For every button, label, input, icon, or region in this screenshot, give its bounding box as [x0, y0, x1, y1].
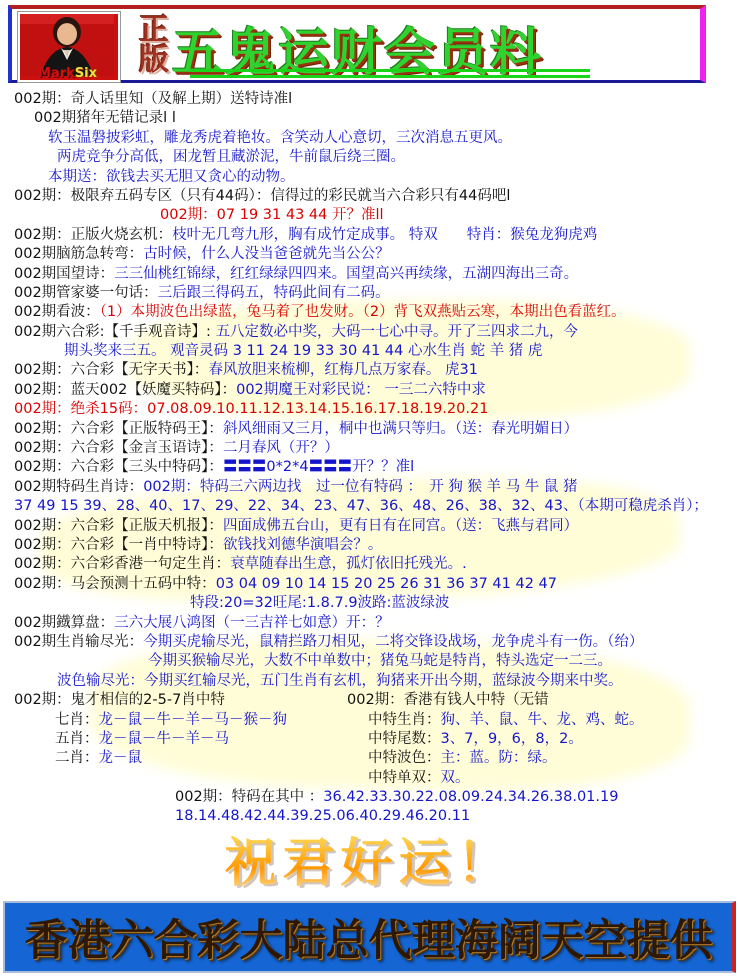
text-segment: 36.42.33.30.22.08.09.24.34.26.38.01.19: [323, 789, 618, 805]
text-segment: 三后跟三得码五，特码此间有二码。: [158, 285, 390, 301]
right-column: 中特生肖：狗、羊、鼠、牛、龙、鸡、蛇。: [368, 711, 644, 730]
text-segment: 002期：绝杀15码：07.08.09.10.11.12.13.14.15.16…: [14, 401, 488, 417]
text-line: 本期送：欲钱去买无胆又贪心的动物。: [0, 168, 739, 187]
text-segment: 波色输尽光：今期买红输尽光，五门生肖有玄机，狗猪来开出今期，蓝绿波今期来中奖。: [57, 673, 623, 689]
text-segment: 002期魔王对彩民说： 一三二六特中求: [236, 382, 486, 398]
text-segment: 3、7，9，6，8，2。: [441, 731, 583, 747]
text-line: 中特单双：双。: [0, 769, 739, 788]
text-segment: 18.14.48.42.44.39.25.06.40.29.46.20.11: [175, 808, 470, 824]
text-segment: 002期六合彩:【千手观音诗】:: [14, 324, 216, 340]
text-segment: 三六大展八鸿图（一三吉祥七如意）开：？: [114, 615, 390, 631]
marksix-caption: MarkSix: [38, 67, 97, 80]
right-column: 中特单双：双。: [368, 769, 470, 788]
text-segment: 002期脑筋急转弯：: [14, 246, 143, 262]
text-segment: 002期：极限弃五码专区（只有44码）：信得过的彩民就当六合彩只有44码吧l: [14, 188, 510, 204]
text-segment: 今期买虎输尽光，鼠精拦路刀相见，二将交锋设战场，龙争虎斗有一伤。（绐）: [143, 634, 643, 650]
text-segment: 002期：六合彩【三头中特码】：: [14, 459, 223, 475]
text-segment: 002期：马会预测十五码中特：: [14, 576, 216, 592]
text-segment: 002期鐡算盘：: [14, 615, 114, 631]
text-line: 002期特码生肖诗：002期：特码三六两边找 过一位有特码 ： 开 狗 猴 羊 …: [0, 478, 739, 497]
text-segment: 002期：07 19 31 43 44 开？准ll: [160, 207, 384, 223]
text-segment: 002期：六合彩【金言玉语诗】：: [14, 440, 223, 456]
text-segment: 03 04 09 10 14 15 20 25 26 31 36 37 41 4…: [216, 576, 557, 592]
header: MarkSix 正版 五鬼运财会员料: [8, 5, 706, 83]
text-line: 002期：六合彩【金言玉语诗】：二月春风（开？）: [0, 439, 739, 458]
text-line: 七肖：龙－鼠－牛－羊－马－猴－狗中特生肖：狗、羊、鼠、牛、龙、鸡、蛇。: [0, 711, 739, 730]
text-line: 002期鐡算盘：三六大展八鸿图（一三吉祥七如意）开：？: [0, 614, 739, 633]
text-segment: 软玉温磐披彩虹，雕龙秀虎着艳妆。含笑动人心意切，三次消息五更风。: [48, 130, 512, 146]
text-segment: 002期：特码三六两边找 过一位有特码 ： 开 狗 猴 羊 马 牛 鼠 猪: [143, 479, 577, 495]
text-segment: 双。: [441, 770, 470, 786]
text-segment: 002期生肖输尽光：: [14, 634, 143, 650]
text-segment: 龙－鼠: [99, 750, 143, 766]
title-underline: [190, 69, 590, 81]
text-segment: 002期：特码在其中 ：: [175, 789, 323, 805]
text-segment: 龙－鼠－牛－羊－马: [99, 731, 230, 747]
text-segment: 三三仙桃红锦绿，红红绿绿四四来。国望高兴再续缘，五湖四海出三奇。: [114, 266, 578, 282]
text-segment: 002期：鬼才相信的2-5-7肖中特: [14, 692, 225, 708]
text-segment: 002期管家婆一句话：: [14, 285, 158, 301]
text-segment: 枝叶无几弯九形，胸有成竹定成事。 特双 特肖：猴兔龙狗虎鸡: [172, 227, 597, 243]
text-line: 002期：六合彩【一肖中特诗】：欲钱找刘德华演唱会？。: [0, 536, 739, 555]
text-line: 002期看波：（1）本期波色出绿蓝，兔马着了也发财。（2）背飞双燕贴云寒，本期出…: [0, 303, 739, 322]
text-segment: 两虎竞争分高低，困龙暂且藏淤泥，牛前鼠后绕三圈。: [57, 149, 405, 165]
text-segment: 期头奖来三五。 观音灵码 3 11 24 19 33 30 41 44 心水生肖…: [64, 343, 542, 359]
text-segment: 002期：奇人话里知（及解上期）送特诗准l: [14, 91, 292, 107]
text-segment: 37 49 15 39、28、40、17、29、22、34、23、47、36、4…: [14, 498, 708, 514]
right-column: 002期：香港有钱人中特（无错: [347, 691, 549, 710]
text-segment: 斜风细雨又三月，桐中也满只等归。（送：春光明媚日）: [223, 421, 578, 437]
text-line: 002期：特码在其中 ：36.42.33.30.22.08.09.24.34.2…: [0, 788, 739, 807]
text-segment: 古时候，什么人没当爸爸就先当公公？: [143, 246, 390, 262]
right-column: 中特尾数：3、7，9，6，8，2。: [368, 730, 583, 749]
text-line: 两虎竞争分高低，困龙暂且藏淤泥，牛前鼠后绕三圈。: [0, 148, 739, 167]
edition-label: 正版: [124, 13, 166, 73]
text-segment: 002期：六合彩【正版天机报】：: [14, 518, 223, 534]
text-segment: 龙－鼠－牛－羊－马－猴－狗: [99, 712, 288, 728]
text-line: 002期：六合彩【正版特码王】：斜风细雨又三月，桐中也满只等归。（送：春光明媚日…: [0, 420, 739, 439]
text-segment: 五八定数必中奖，大码一七心中寻。开了三四求二九，今: [216, 324, 579, 340]
text-segment: 中特单双：: [368, 770, 441, 786]
caption-six: Six: [75, 66, 97, 81]
text-segment: 今期买猴输尽光，大数不中单数中；猪兔马蛇是特肖，特头选定一二三。: [148, 653, 612, 669]
text-line: 002期：马会预测十五码中特：03 04 09 10 14 15 20 25 2…: [0, 575, 739, 594]
text-segment: 002期：蓝天002【妖魔买特码】：: [14, 382, 236, 398]
text-segment: 002期：正版火烧玄机：: [14, 227, 172, 243]
caption-mark: Mark: [38, 66, 75, 81]
text-line: 002期：六合彩香港一句定生肖：衰草随春出生意，孤灯依旧托残光。.: [0, 555, 739, 574]
text-line: 18.14.48.42.44.39.25.06.40.29.46.20.11: [0, 807, 739, 826]
text-line: 002期：鬼才相信的2-5-7肖中特002期：香港有钱人中特（无错: [0, 691, 739, 710]
text-segment: 002期猪年无错记录l l: [34, 110, 176, 126]
text-line: 二肖：龙－鼠中特波色：主：蓝。防：绿。: [0, 749, 739, 768]
text-segment: 春风放胆来梳柳，红梅几点万家春。 虎31: [208, 362, 478, 378]
text-line: 软玉温磐披彩虹，雕龙秀虎着艳妆。含笑动人心意切，三次消息五更风。: [0, 129, 739, 148]
text-line: 002期猪年无错记录l l: [0, 109, 739, 128]
text-segment: 狗、羊、鼠、牛、龙、鸡、蛇。: [441, 712, 644, 728]
text-segment: 002期国望诗：: [14, 266, 114, 282]
text-segment: 002期：六合彩【正版特码王】：: [14, 421, 223, 437]
text-line: 002期六合彩:【千手观音诗】: 五八定数必中奖，大码一七心中寻。开了三四求二九…: [0, 323, 739, 342]
text-segment: 〓〓〓0*2*4〓〓〓开？？准l: [223, 459, 414, 475]
text-segment: 二肖：: [55, 750, 99, 766]
tipster-photo: MarkSix: [18, 12, 120, 82]
text-segment: 衰草随春出生意，孤灯依旧托残光。.: [230, 556, 467, 572]
text-line: 002期脑筋急转弯：古时候，什么人没当爸爸就先当公公？: [0, 245, 739, 264]
text-segment: 002期：六合彩香港一句定生肖：: [14, 556, 230, 572]
text-segment: 特段:20=32旺尾:1.8.7.9波路:蓝波绿波: [190, 595, 449, 611]
text-segment: 002期看波：: [14, 304, 100, 320]
text-segment: 七肖：: [55, 712, 99, 728]
lottery-tip-sheet: MarkSix 正版 五鬼运财会员料 002期：奇人话里知（及解上期）送特诗准l…: [0, 0, 739, 979]
text-line: 002期：正版火烧玄机：枝叶无几弯九形，胸有成竹定成事。 特双 特肖：猴兔龙狗虎…: [0, 226, 739, 245]
text-line: 期头奖来三五。 观音灵码 3 11 24 19 33 30 41 44 心水生肖…: [0, 342, 739, 361]
text-segment: 主：蓝。防：绿。: [441, 750, 557, 766]
good-luck-wish: 祝君好运！: [0, 832, 739, 898]
text-line: 002期管家婆一句话：三后跟三得码五，特码此间有二码。: [0, 284, 739, 303]
text-segment: 002期：六合彩【无字天书】：: [14, 362, 208, 378]
text-line: 波色输尽光：今期买红输尽光，五门生肖有玄机，狗猪来开出今期，蓝绿波今期来中奖。: [0, 672, 739, 691]
text-line: 002期：极限弃五码专区（只有44码）：信得过的彩民就当六合彩只有44码吧l: [0, 187, 739, 206]
text-segment: 四面成佛五台山，更有日有在同宫。（送：飞燕与君同）: [223, 518, 578, 534]
text-segment: 欲钱找刘德华演唱会？。: [223, 537, 383, 553]
text-line: 002期国望诗：三三仙桃红锦绿，红红绿绿四四来。国望高兴再续缘，五湖四海出三奇。: [0, 265, 739, 284]
right-column: 中特波色：主：蓝。防：绿。: [368, 749, 557, 768]
text-line: 002期：蓝天002【妖魔买特码】：002期魔王对彩民说： 一三二六特中求: [0, 381, 739, 400]
text-segment: 二月春风（开？）: [223, 440, 339, 456]
text-line: 今期买猴输尽光，大数不中单数中；猪兔马蛇是特肖，特头选定一二三。: [0, 652, 739, 671]
text-segment: 002期特码生肖诗：: [14, 479, 143, 495]
provider-banner: 香港六合彩大陆总代理海阔天空提供: [3, 901, 736, 973]
text-segment: 中特波色：: [368, 750, 441, 766]
text-line: 002期：绝杀15码：07.08.09.10.11.12.13.14.15.16…: [0, 400, 739, 419]
text-line: 002期：07 19 31 43 44 开？准ll: [0, 206, 739, 225]
text-segment: 002期：六合彩【一肖中特诗】：: [14, 537, 223, 553]
text-line: 002期：奇人话里知（及解上期）送特诗准l: [0, 90, 739, 109]
text-line: 37 49 15 39、28、40、17、29、22、34、23、47、36、4…: [0, 497, 739, 516]
tip-lines: 002期：奇人话里知（及解上期）送特诗准l002期猪年无错记录l l软玉温磐披彩…: [0, 90, 739, 827]
text-line: 特段:20=32旺尾:1.8.7.9波路:蓝波绿波: [0, 594, 739, 613]
text-segment: （1）本期波色出绿蓝，兔马着了也发财。（2）背飞双燕贴云寒，本期出色看蓝红。: [100, 304, 626, 320]
text-line: 002期生肖输尽光：今期买虎输尽光，鼠精拦路刀相见，二将交锋设战场，龙争虎斗有一…: [0, 633, 739, 652]
text-segment: 五肖：: [55, 731, 99, 747]
text-line: 002期：六合彩【三头中特码】：〓〓〓0*2*4〓〓〓开？？准l: [0, 458, 739, 477]
text-line: 五肖：龙－鼠－牛－羊－马中特尾数：3、7，9，6，8，2。: [0, 730, 739, 749]
text-segment: 中特生肖：: [368, 712, 441, 728]
text-line: 002期：六合彩【正版天机报】：四面成佛五台山，更有日有在同宫。（送：飞燕与君同…: [0, 517, 739, 536]
text-line: 002期：六合彩【无字天书】：春风放胆来梳柳，红梅几点万家春。 虎31: [0, 361, 739, 380]
text-segment: 002期：香港有钱人中特（无错: [347, 692, 549, 708]
text-segment: 中特尾数：: [368, 731, 441, 747]
text-segment: 本期送：欲钱去买无胆又贪心的动物。: [48, 169, 295, 185]
